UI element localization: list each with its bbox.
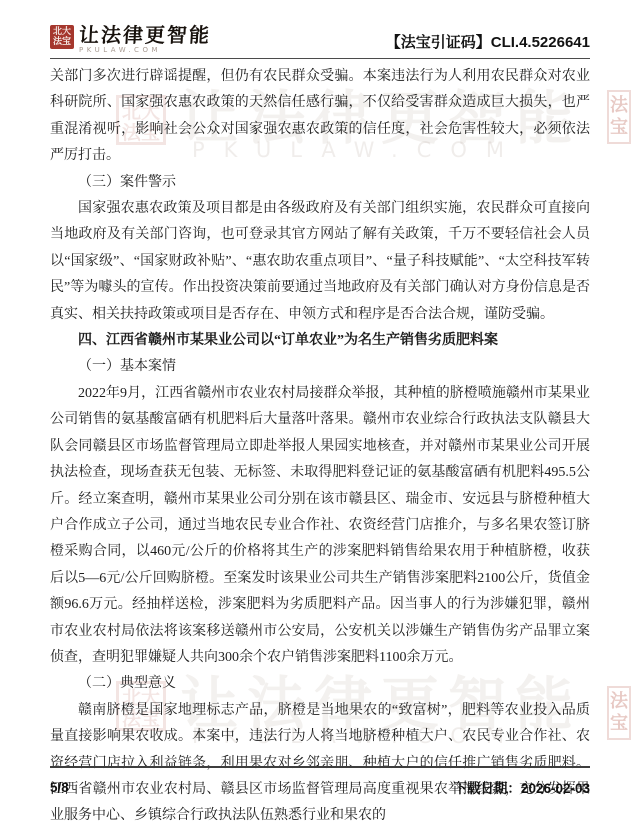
paragraph-continuation: 关部门多次进行辟谣提醒，但仍有农民群众受骗。本案违法行为人利用农民群众对农业科研… <box>50 64 590 170</box>
pkulaw-slogan: 让法律更智能 <box>78 25 211 45</box>
section-heading-case-four: 四、江西省赣州市某果业公司以“订单农业”为名生产销售劣质肥料案 <box>50 328 590 354</box>
page-footer: 5/8 下载日期：2026-02-03 <box>50 777 590 797</box>
subheading-basic-facts: （一）基本案情 <box>50 354 590 380</box>
paragraph-case-warning-body: 国家强农惠农政策及项目都是由各级政府及有关部门组织实施，农民群众可直接向当地政府… <box>50 196 590 328</box>
footer-divider <box>50 766 590 768</box>
download-date: 下载日期：2026-02-03 <box>453 777 590 797</box>
pkulaw-domain: PKULAW.COM <box>79 46 211 54</box>
watermark-side-seal-icon-top: 法宝 <box>607 90 631 144</box>
document-page: 让法律更智能 北大法宝 PKULAW.COM 法宝 让法律更智能 北大法宝 PK… <box>0 0 640 825</box>
document-body: 关部门多次进行辟谣提醒，但仍有农民群众受骗。本案违法行为人利用农民群众对农业科研… <box>50 64 590 825</box>
paragraph-basic-facts-body: 2022年9月，江西省赣州市农业农村局接群众举报，其种植的脐橙喷施赣州市某果业公… <box>50 381 590 671</box>
header-divider <box>50 58 590 59</box>
pkulaw-logo-text: 让法律更智能 PKULAW.COM <box>79 25 211 54</box>
page-indicator: 5/8 <box>50 780 69 795</box>
watermark-side-seal-icon-bottom: 法宝 <box>607 686 631 740</box>
subheading-case-warning: （三）案件警示 <box>50 170 590 196</box>
pkulaw-logo: 北大法宝 让法律更智能 PKULAW.COM <box>50 25 211 54</box>
pkulaw-seal-icon: 北大法宝 <box>50 25 74 49</box>
subheading-typical-significance: （二）典型意义 <box>50 671 590 697</box>
citation-code: 【法宝引证码】CLI.4.5226641 <box>386 31 590 52</box>
paragraph-typical-significance-body: 赣南脐橙是国家地理标志产品，脐橙是当地果农的“致富树”，肥料等农业投入品质量直接… <box>50 698 590 825</box>
